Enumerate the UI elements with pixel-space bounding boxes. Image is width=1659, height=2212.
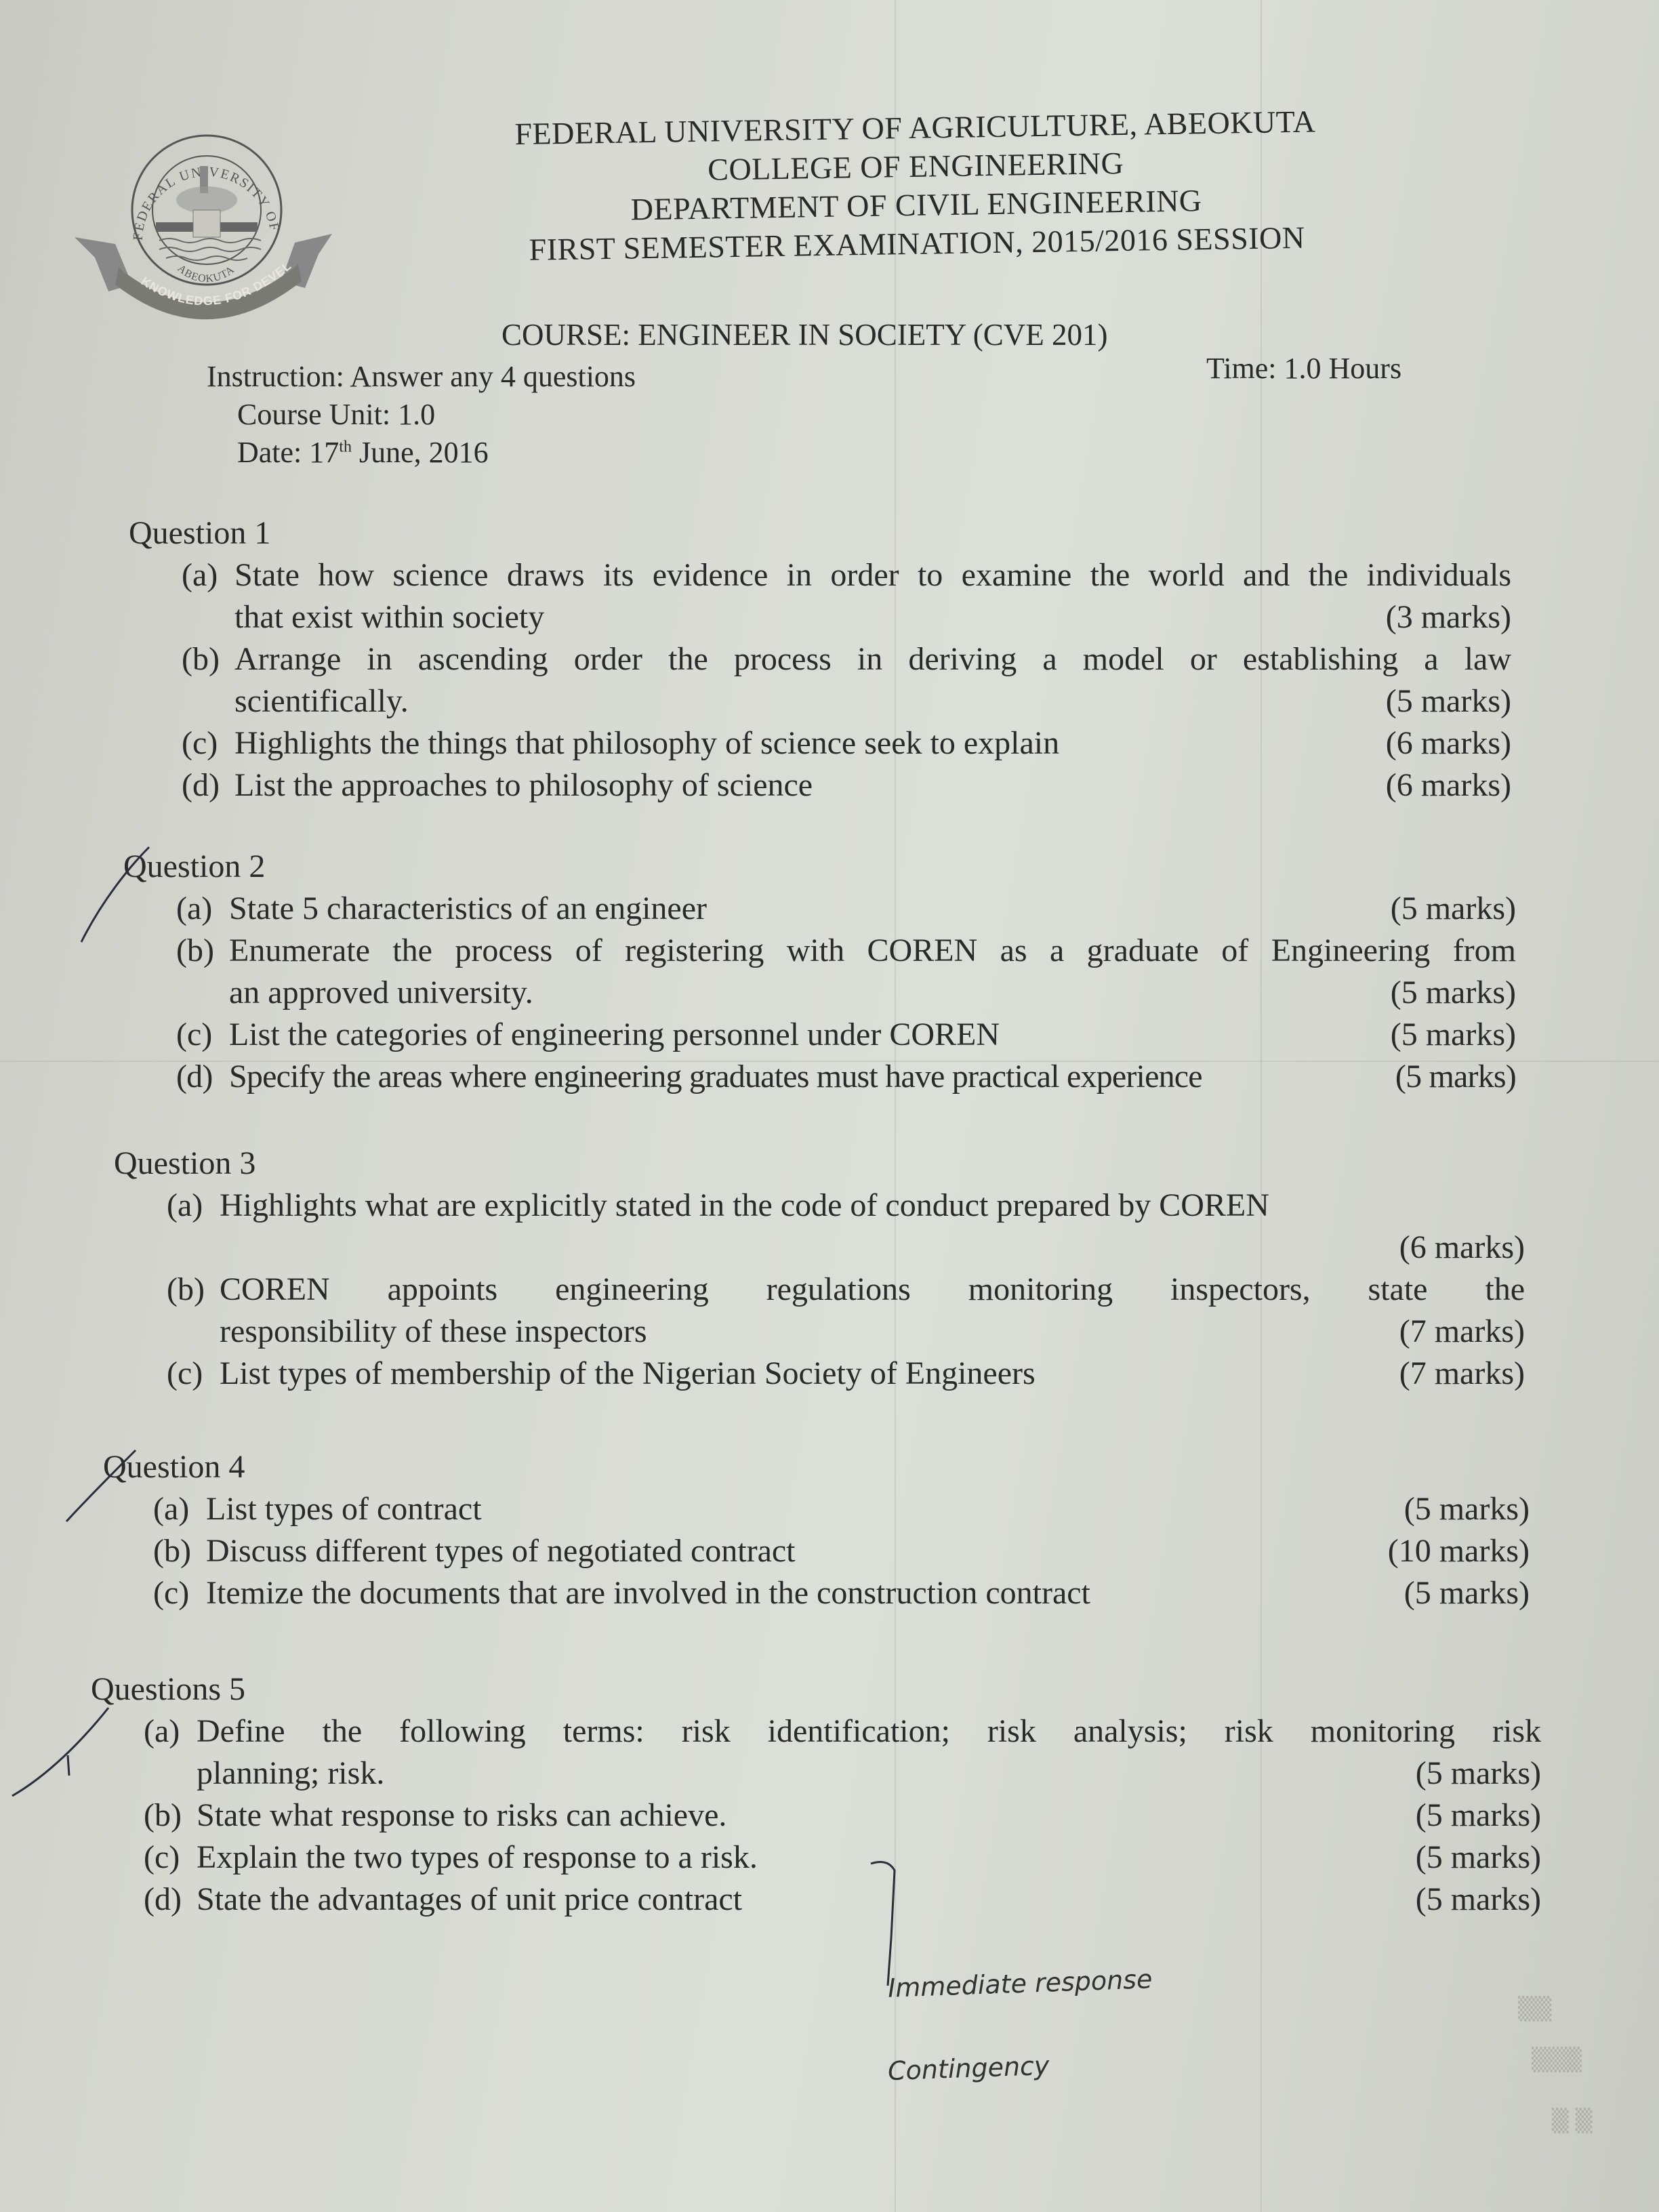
part-text: Enumerate the process of registering wit… — [229, 930, 1516, 972]
pen-tick-icon — [75, 840, 156, 949]
part-marks: (5 marks) — [1404, 1488, 1530, 1530]
date-suffix: th — [339, 438, 352, 455]
question-part: (c)Itemize the documents that are involv… — [153, 1572, 1530, 1614]
question-part: (a)List types of contract(5 marks) — [153, 1488, 1530, 1530]
part-text: Arrange in ascending order the process i… — [234, 638, 1511, 680]
question-part: (a)State 5 characteristics of an enginee… — [176, 888, 1516, 930]
question-5: Questions 5 (a)Define the following term… — [91, 1668, 1541, 1921]
exam-header: FEDERAL UNIVERSITY OF AGRICULTURE, ABEOK… — [474, 102, 1357, 270]
part-marks: (7 marks) — [1399, 1311, 1525, 1353]
part-text: Highlights what are explicitly stated in… — [220, 1185, 1525, 1227]
part-label: (b) — [176, 930, 229, 972]
part-text: State the advantages of unit price contr… — [197, 1879, 742, 1921]
part-label: (b) — [182, 638, 234, 680]
part-text: that exist within society — [234, 596, 544, 638]
question-part: (c)Explain the two types of response to … — [144, 1837, 1541, 1879]
part-label: (c) — [167, 1353, 220, 1395]
part-text: Define the following terms: risk identif… — [197, 1711, 1541, 1753]
question-4: Question 4 (a)List types of contract(5 m… — [103, 1446, 1530, 1614]
part-marks: (5 marks) — [1386, 680, 1511, 722]
part-text: State how science draws its evidence in … — [234, 554, 1511, 596]
question-title: Question 4 — [103, 1446, 1530, 1488]
part-label: (a) — [144, 1711, 197, 1753]
part-label: (a) — [176, 888, 229, 930]
show-through-mark: ▒ ▒ — [1552, 2108, 1592, 2133]
university-crest-icon: FEDERAL UNIVERSITY OF AGRICULTURE ABEOKU… — [68, 122, 339, 325]
part-marks: (5 marks) — [1416, 1879, 1541, 1921]
part-label: (d) — [144, 1879, 197, 1921]
pen-tick-icon — [7, 1701, 115, 1803]
part-label: (d) — [182, 764, 234, 806]
part-marks: (5 marks) — [1391, 1014, 1516, 1056]
exam-date: Date: 17th June, 2016 — [237, 435, 489, 470]
part-text: an approved university. — [229, 972, 533, 1014]
part-marks: (5 marks) — [1416, 1753, 1541, 1795]
part-text: scientifically. — [234, 680, 409, 722]
part-marks: (5 marks) — [1416, 1837, 1541, 1879]
part-marks: (5 marks) — [1404, 1572, 1530, 1614]
question-3: Question 3 (a)Highlights what are explic… — [114, 1143, 1525, 1395]
handwritten-note: Contingency — [887, 2051, 1050, 2086]
instruction: Instruction: Answer any 4 questions — [207, 359, 636, 394]
exam-paper: FEDERAL UNIVERSITY OF AGRICULTURE ABEOKU… — [0, 0, 1659, 2212]
question-title: Questions 5 — [91, 1668, 1541, 1711]
part-text: List types of contract — [206, 1488, 482, 1530]
part-label: (c) — [182, 722, 234, 764]
part-marks: (5 marks) — [1391, 972, 1516, 1014]
part-marks: (5 marks) — [1395, 1056, 1516, 1098]
pen-tick-icon — [61, 1443, 142, 1525]
part-label: (b) — [167, 1269, 220, 1311]
part-text: State what response to risks can achieve… — [197, 1795, 726, 1837]
part-label: (c) — [176, 1014, 229, 1056]
part-marks: (6 marks) — [1386, 722, 1511, 764]
question-part: (a)State how science draws its evidence … — [182, 554, 1511, 596]
part-marks: (7 marks) — [1399, 1353, 1525, 1395]
question-part: (c)Highlights the things that philosophy… — [182, 722, 1511, 764]
handwritten-note: Immediate response — [887, 1964, 1153, 2003]
question-part: (c)List types of membership of the Niger… — [167, 1353, 1525, 1395]
question-part: (c)List the categories of engineering pe… — [176, 1014, 1516, 1056]
show-through-mark: ▒▒ — [1518, 1996, 1551, 2022]
course-unit: Course Unit: 1.0 — [237, 397, 435, 432]
part-label: (b) — [153, 1530, 206, 1572]
part-text: List types of membership of the Nigerian… — [220, 1353, 1036, 1395]
date-month-year: June, 2016 — [352, 436, 489, 469]
question-1: Question 1 (a)State how science draws it… — [129, 512, 1511, 806]
question-part: (b)Enumerate the process of registering … — [176, 930, 1516, 972]
question-part: (a)Highlights what are explicitly stated… — [167, 1185, 1525, 1227]
part-marks: (6 marks) — [1386, 764, 1511, 806]
question-part: (d)State the advantages of unit price co… — [144, 1879, 1541, 1921]
part-text: List the categories of engineering perso… — [229, 1014, 1000, 1056]
question-part: (a)Define the following terms: risk iden… — [144, 1711, 1541, 1753]
date-day: Date: 17 — [237, 436, 339, 469]
part-text: Itemize the documents that are involved … — [206, 1572, 1090, 1614]
part-text: responsibility of these inspectors — [220, 1311, 647, 1353]
part-text: Highlights the things that philosophy of… — [234, 722, 1059, 764]
exam-time: Time: 1.0 Hours — [1206, 351, 1401, 386]
handwritten-bracket-icon — [867, 1857, 908, 1992]
question-2: Question 2 (a)State 5 characteristics of… — [123, 846, 1516, 1098]
question-part: (d)Specify the areas where engineering g… — [176, 1056, 1516, 1098]
part-label: (c) — [144, 1837, 197, 1879]
question-part: (b)COREN appoints engineering regulation… — [167, 1269, 1525, 1311]
part-marks: (10 marks) — [1388, 1530, 1530, 1572]
part-label: (a) — [153, 1488, 206, 1530]
question-part: (d)List the approaches to philosophy of … — [182, 764, 1511, 806]
part-marks: (5 marks) — [1416, 1795, 1541, 1837]
part-label: (a) — [182, 554, 234, 596]
part-marks: (6 marks) — [1399, 1229, 1525, 1265]
part-text: planning; risk. — [197, 1753, 384, 1795]
question-part: (b)Arrange in ascending order the proces… — [182, 638, 1511, 680]
question-title: Question 1 — [129, 512, 1511, 554]
part-text: Discuss different types of negotiated co… — [206, 1530, 796, 1572]
part-text: List the approaches to philosophy of sci… — [234, 764, 813, 806]
part-text: COREN appoints engineering regulations m… — [220, 1269, 1525, 1311]
part-marks: (3 marks) — [1386, 596, 1511, 638]
part-label: (c) — [153, 1572, 206, 1614]
question-title: Question 2 — [123, 846, 1516, 888]
part-label: (a) — [167, 1185, 220, 1227]
show-through-mark: ▒▒▒ — [1532, 2047, 1582, 2072]
course-title: COURSE: ENGINEER IN SOCIETY (CVE 201) — [501, 317, 1108, 352]
part-label: (b) — [144, 1795, 197, 1837]
question-part: (b)Discuss different types of negotiated… — [153, 1530, 1530, 1572]
part-text: Explain the two types of response to a r… — [197, 1837, 758, 1879]
part-text: Specify the areas where engineering grad… — [229, 1056, 1202, 1098]
part-label: (d) — [176, 1056, 229, 1098]
question-title: Question 3 — [114, 1143, 1525, 1185]
question-part: (b)State what response to risks can achi… — [144, 1795, 1541, 1837]
part-text: State 5 characteristics of an engineer — [229, 888, 707, 930]
part-marks: (5 marks) — [1391, 888, 1516, 930]
